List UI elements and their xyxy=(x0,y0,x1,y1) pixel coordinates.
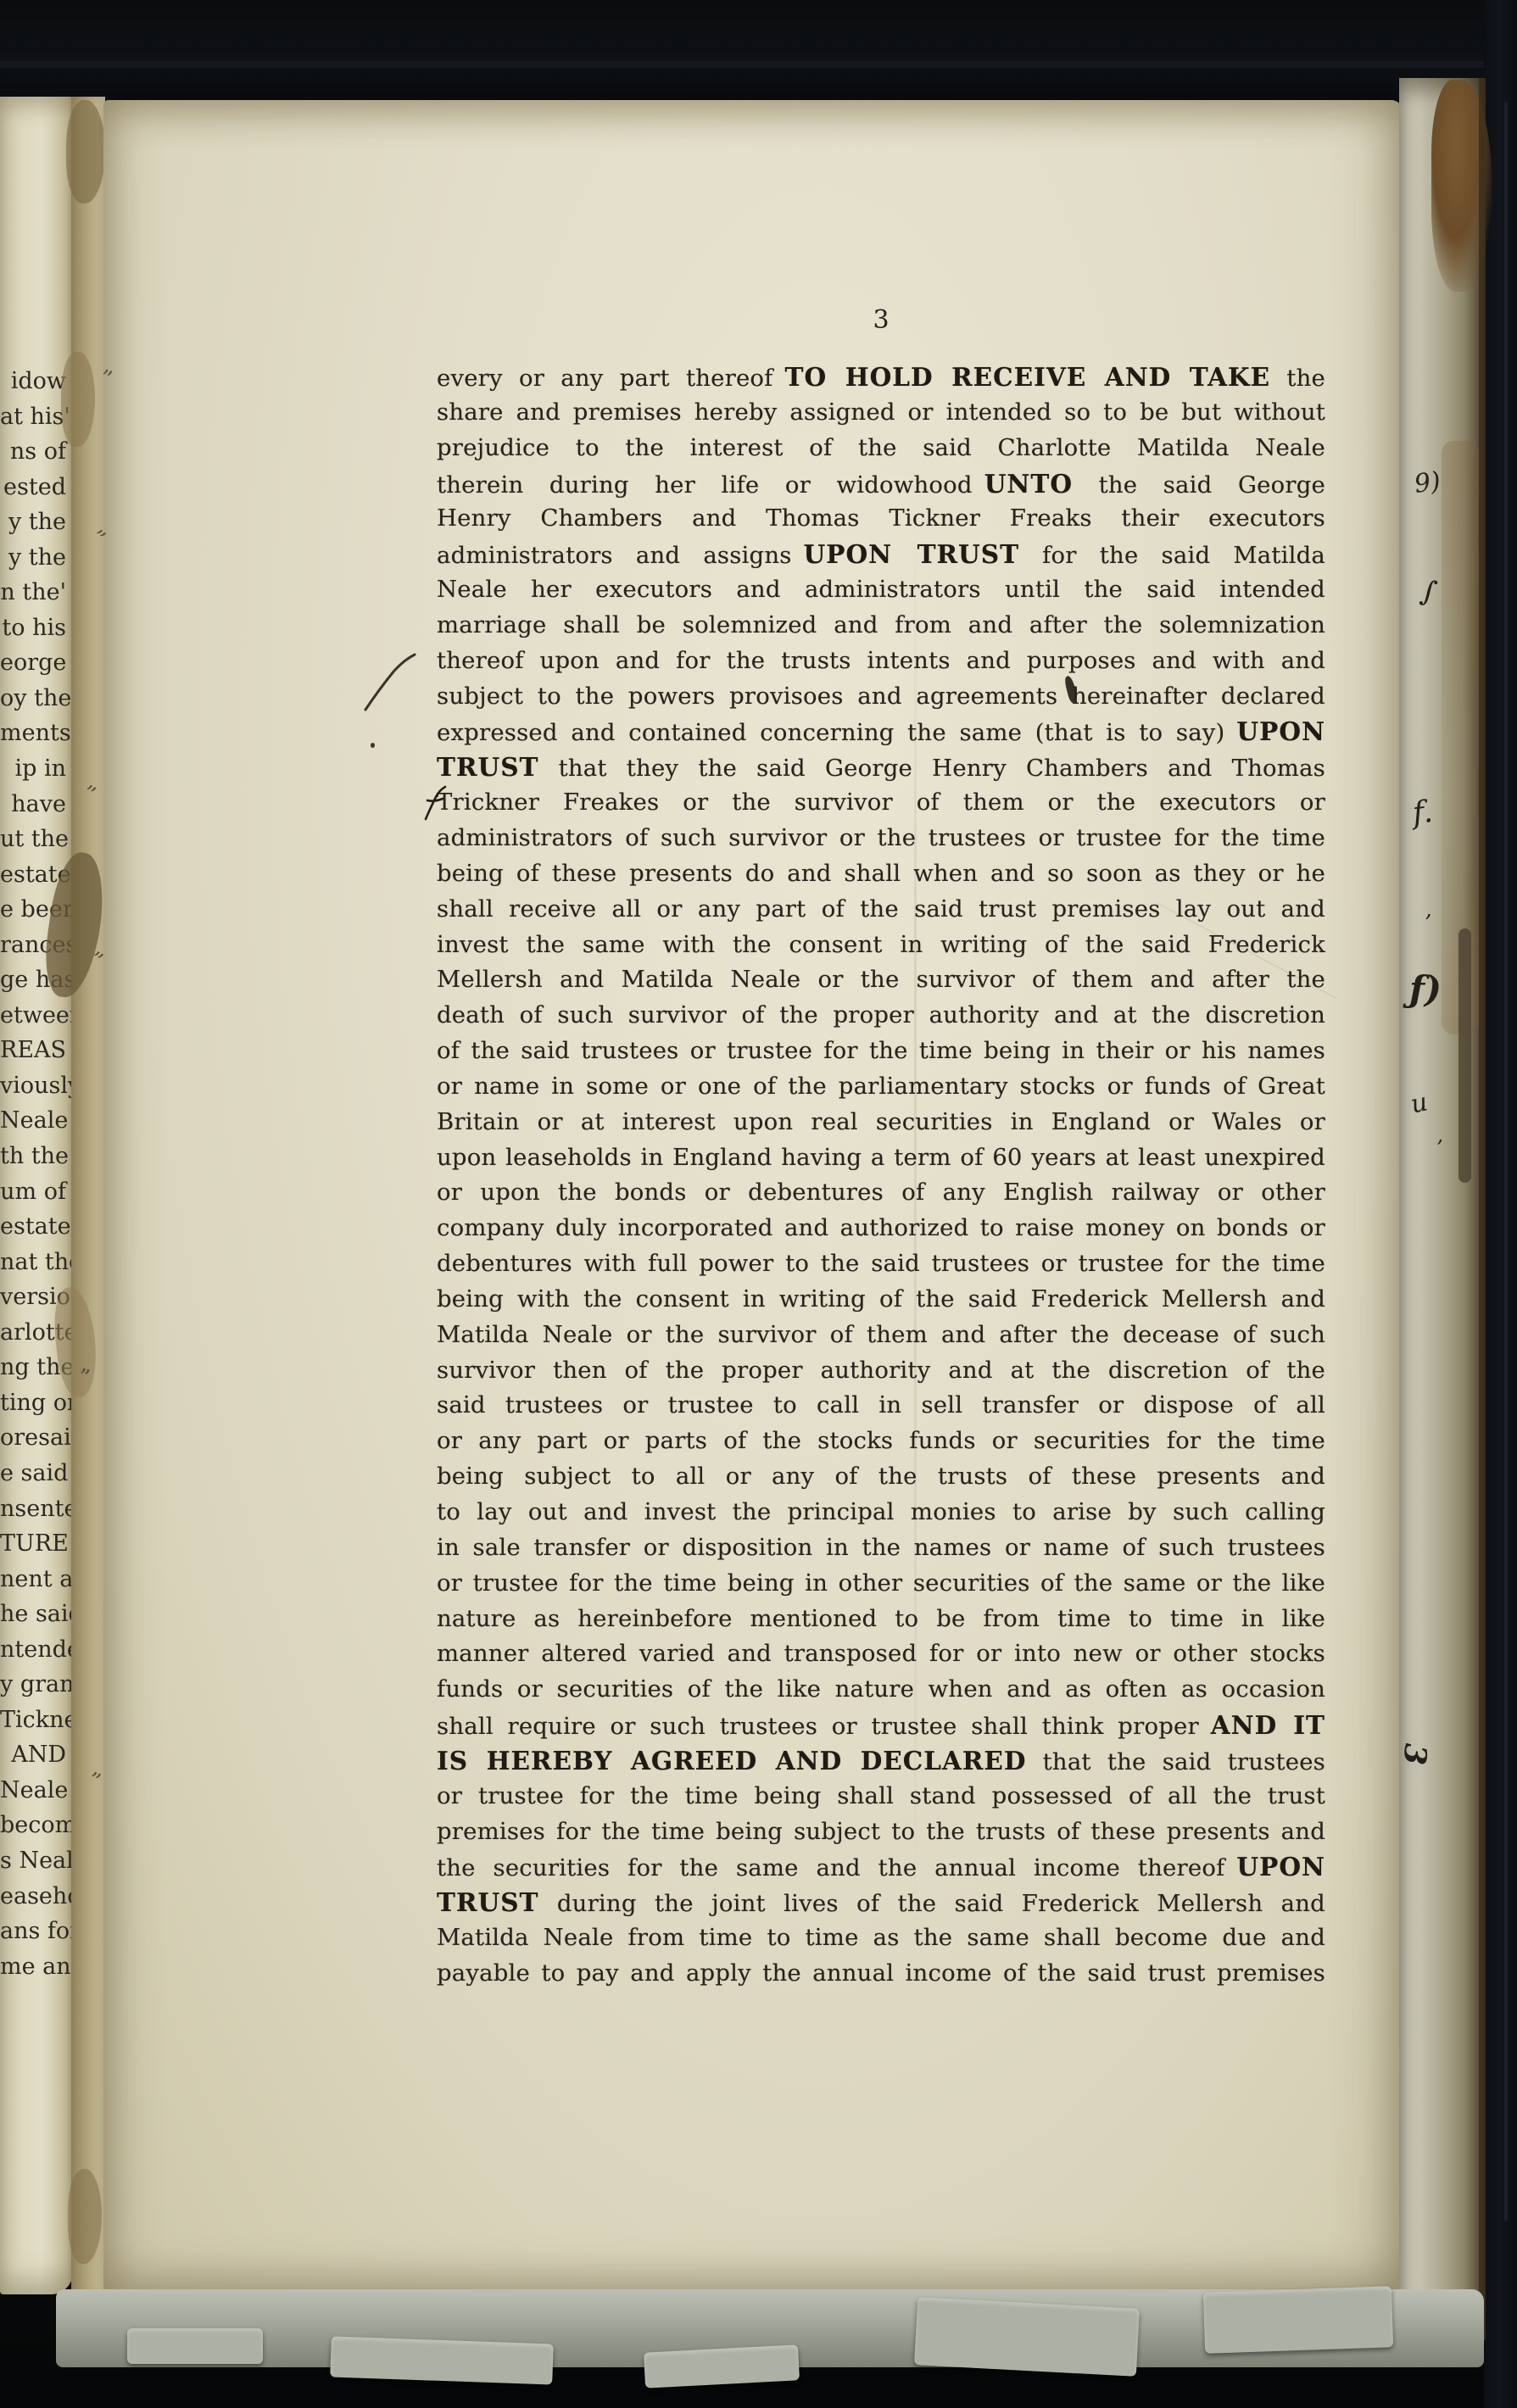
tape-fragment xyxy=(1203,2286,1393,2354)
page-edge-fragment: etween xyxy=(0,998,66,1034)
book-cover-right-edge xyxy=(1484,0,1517,2408)
page-edge-fragment: eorge xyxy=(0,645,66,681)
text-line: payable to pay and apply the annual inco… xyxy=(437,1956,1325,1992)
margin-slash-mark xyxy=(360,649,421,720)
text-line: Britain or at interest upon real securit… xyxy=(437,1105,1325,1140)
text-line: thereof upon and for the trusts intents … xyxy=(437,644,1325,679)
page-edge-fragment: estate xyxy=(0,1209,66,1245)
page-edge-fragment: ip in xyxy=(0,751,66,787)
book-scan-photo: idowat his'ns ofestedy they then the'to … xyxy=(0,0,1517,2408)
text-line: Henry Chambers and Thomas Tickner Freaks… xyxy=(437,501,1325,537)
ink-scribble: 3 xyxy=(1397,1742,1434,1767)
page-edge-fragment: e said xyxy=(0,1456,66,1491)
cover-hinge-highlight xyxy=(1504,102,1508,2221)
ink-scribble: ƒ) xyxy=(1409,968,1442,1010)
text-line: in sale transfer or disposition in the n… xyxy=(437,1530,1325,1566)
text-line: Neale her executors and administrators u… xyxy=(437,572,1325,608)
text-line: or any part or parts of the stocks funds… xyxy=(437,1424,1325,1459)
page-edge-fragment: th the xyxy=(0,1139,66,1174)
page-edge-fragment: ting or xyxy=(0,1385,66,1421)
page-edge-fragment: nat the xyxy=(0,1245,66,1280)
text-line: shall receive all or any part of the sai… xyxy=(437,892,1325,928)
text-line: TRUST that they the said George Henry Ch… xyxy=(437,750,1325,785)
page-edge-fragment: ested xyxy=(0,470,66,505)
text-line: administrators of such survivor or the t… xyxy=(437,821,1325,856)
text-line: marriage shall be solemnized and from an… xyxy=(437,608,1325,644)
page-edge-fragment: s Neale xyxy=(0,1843,66,1879)
text-line: funds or securities of the like nature w… xyxy=(437,1672,1325,1708)
text-line: of the said trustees or trustee for the … xyxy=(437,1034,1325,1069)
page-edge-fragment: he said xyxy=(0,1597,66,1632)
page-edge-fragment: TURE xyxy=(0,1526,66,1562)
ink-scribble: ’ xyxy=(1425,911,1431,936)
tape-fragment xyxy=(127,2328,263,2364)
page-edge-fragment: ans for xyxy=(0,1914,66,1949)
text-line: survivor then of the proper authority an… xyxy=(437,1353,1325,1389)
page-edge-fragment: oy the xyxy=(0,681,66,716)
text-line: therein during her life or widowhood UNT… xyxy=(437,466,1325,502)
page-edge-fragment: become xyxy=(0,1808,66,1843)
text-line: or trustee for the time being in other s… xyxy=(437,1566,1325,1602)
text-line: every or any part thereof TO HOLD RECEIV… xyxy=(437,360,1325,395)
text-line: nature as hereinbefore mentioned to be f… xyxy=(437,1602,1325,1637)
text-line: debentures with full power to the said t… xyxy=(437,1246,1325,1282)
page-edge-fragment: idow xyxy=(0,364,66,399)
page-edge-fragment: Neale or xyxy=(0,1773,66,1809)
page-edge-fragment: ments xyxy=(0,716,66,751)
text-line: being subject to all or any of the trust… xyxy=(437,1459,1325,1495)
text-line: invest the same with the consent in writ… xyxy=(437,928,1325,963)
text-line: Trickner Freakes or the survivor of them… xyxy=(437,785,1325,821)
page-edge-fragment: ntended xyxy=(0,1632,66,1668)
tape-fragment xyxy=(644,2344,800,2388)
page-edge-fragment: Neale xyxy=(0,1103,66,1139)
page-edge-fragment: viously xyxy=(0,1068,66,1104)
page-edge-fragment: n the' xyxy=(0,575,66,610)
text-line: or upon the bonds or debentures of any E… xyxy=(437,1175,1325,1211)
text-line: or name in some or one of the parliament… xyxy=(437,1069,1325,1105)
page-edge-fragment: at his' xyxy=(0,399,66,435)
text-line: to lay out and invest the principal moni… xyxy=(437,1495,1325,1530)
text-line: IS HEREBY AGREED AND DECLARED that the s… xyxy=(437,1743,1325,1779)
ink-scribble: 9) xyxy=(1413,466,1442,499)
page-edge-fragment: ut the xyxy=(0,822,66,857)
text-line: share and premises hereby assigned or in… xyxy=(437,395,1325,431)
text-line: Matilda Neale from time to time as the s… xyxy=(437,1920,1325,1956)
page-edge-fragment: y grant xyxy=(0,1667,66,1703)
page-edge-fragment: y the xyxy=(0,540,66,576)
ink-dot xyxy=(371,743,375,748)
text-line: death of such survivor of the proper aut… xyxy=(437,998,1325,1034)
page-edge-fragment: y the xyxy=(0,504,66,540)
text-line: TRUST during the joint lives of the said… xyxy=(437,1885,1325,1920)
text-line: expressed and contained concerning the s… xyxy=(437,714,1325,750)
text-line: or trustee for the time being shall stan… xyxy=(437,1779,1325,1814)
page-edge-fragment: um of xyxy=(0,1174,66,1210)
text-line: shall require or such trustees or truste… xyxy=(437,1708,1325,1743)
text-line: the securities for the same and the annu… xyxy=(437,1849,1325,1885)
fore-edge xyxy=(1399,78,1486,2340)
ink-scribble: f. xyxy=(1411,794,1435,831)
page-edge-fragment: nsented xyxy=(0,1491,66,1527)
text-line: Mellersh and Matilda Neale or the surviv… xyxy=(437,962,1325,998)
page-edge-fragment: have xyxy=(0,787,66,822)
text-line: manner altered varied and transposed for… xyxy=(437,1636,1325,1672)
page-edge-fragment: to his xyxy=(0,610,66,646)
page-edge-fragment: ng the xyxy=(0,1350,66,1385)
text-line: administrators and assigns UPON TRUST fo… xyxy=(437,537,1325,572)
text-line: subject to the powers provisoes and agre… xyxy=(437,679,1325,715)
text-line: being of these presents do and shall whe… xyxy=(437,856,1325,892)
text-line: premises for the time being subject to t… xyxy=(437,1814,1325,1850)
text-line: said trustees or trustee to call in sell… xyxy=(437,1388,1325,1424)
fore-edge-dark-line xyxy=(1479,78,1486,2340)
text-line: Matilda Neale or the survivor of them an… xyxy=(437,1318,1325,1353)
page-edge-fragment: ns of xyxy=(0,434,66,470)
ink-correction-stroke xyxy=(422,783,448,826)
tape-fragment xyxy=(330,2336,554,2384)
page-edge-fragment: REAS xyxy=(0,1033,66,1068)
previous-page-text-fragments: idowat his'ns ofestedy they then the'to … xyxy=(0,364,66,1984)
page-edge-fragment: oresaid xyxy=(0,1420,66,1456)
tape-fragment xyxy=(914,2297,1140,2377)
fore-edge-streak xyxy=(1458,928,1471,1183)
page-edge-fragment: nent as xyxy=(0,1562,66,1597)
book-cover-top-edge xyxy=(0,0,1517,102)
text-line: prejudice to the interest of the said Ch… xyxy=(437,431,1325,466)
page-edge-fragment: AND xyxy=(0,1737,66,1773)
body-text: every or any part thereof TO HOLD RECEIV… xyxy=(437,360,1325,1992)
page-number: 3 xyxy=(437,305,1325,335)
cover-seam-line xyxy=(0,61,1517,68)
text-line: being with the consent in writing of the… xyxy=(437,1282,1325,1318)
text-line: company duly incorporated and authorized… xyxy=(437,1211,1325,1246)
page-edge-fragment: me and xyxy=(0,1949,66,1985)
ink-scribble: ’ xyxy=(1436,1136,1443,1160)
text-line: upon leaseholds in England having a term… xyxy=(437,1140,1325,1176)
page-edge-fragment: easehold xyxy=(0,1879,66,1915)
page-edge-fragment: Tickner xyxy=(0,1703,66,1738)
